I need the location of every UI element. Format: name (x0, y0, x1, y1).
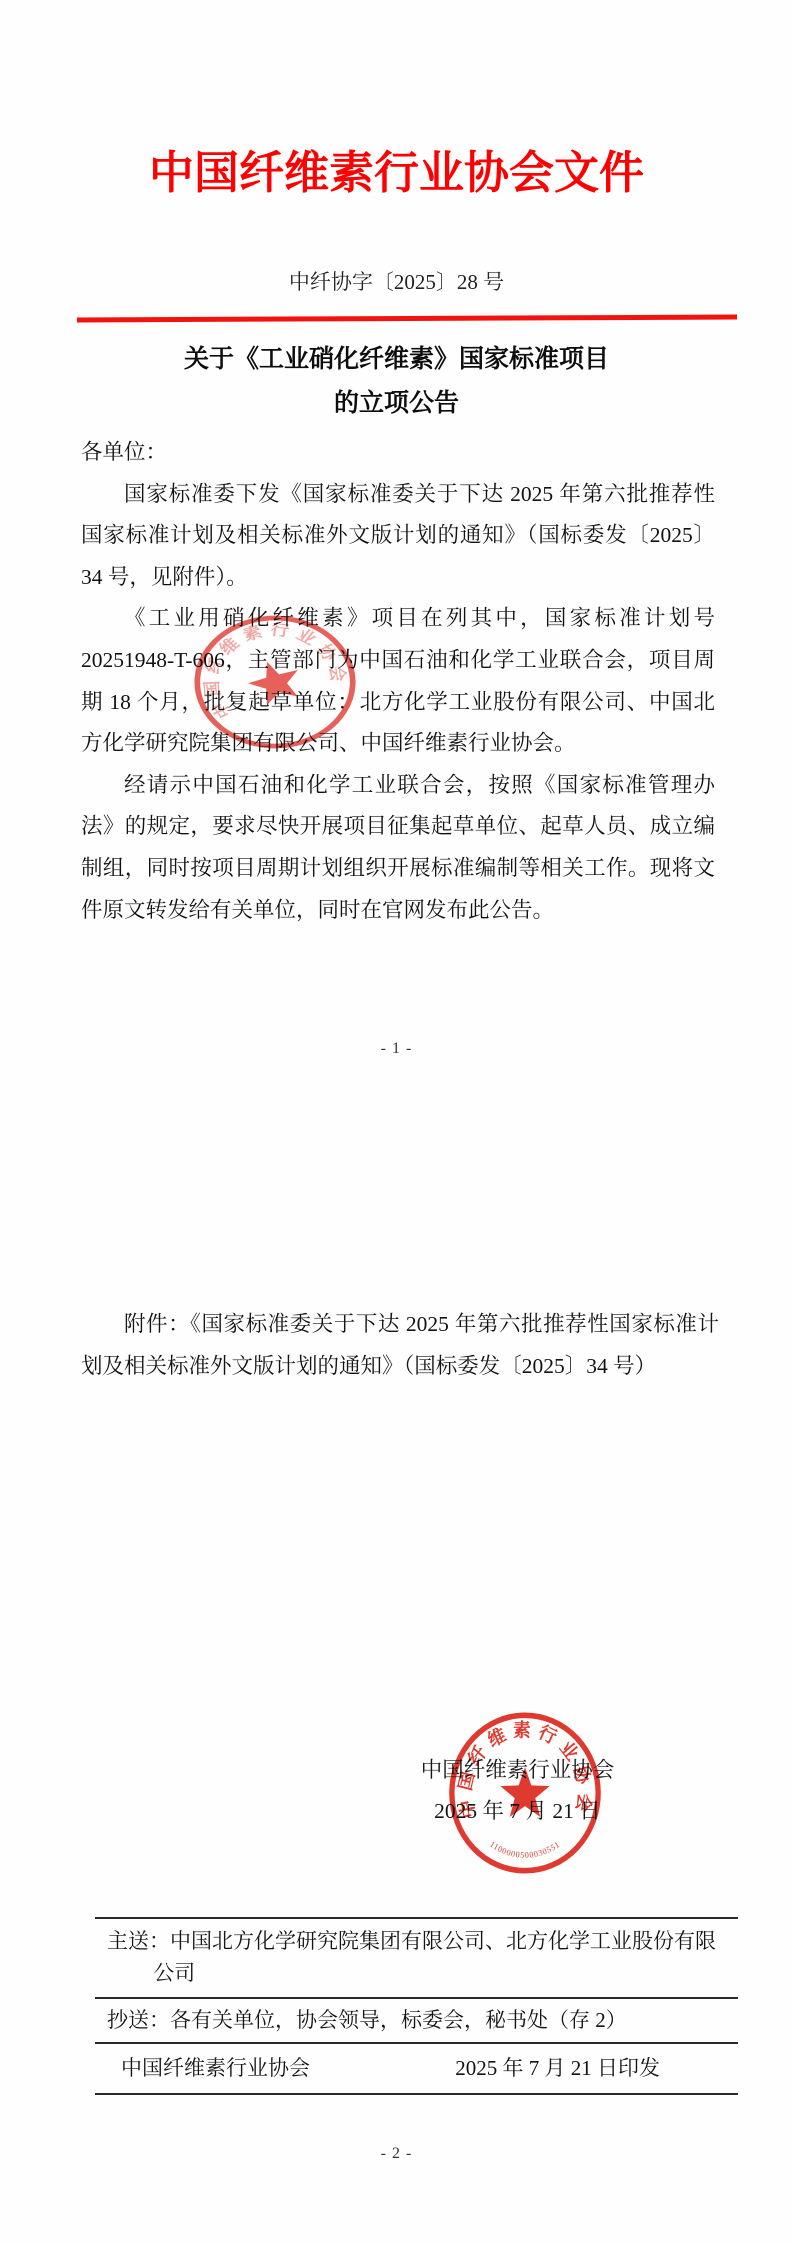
body-paragraph-2: 《工业用硝化纤维素》项目在列其中，国家标准计划号 20251948-T-606，… (81, 598, 715, 764)
document-body: 各单位： 国家标准委下发《国家标准委关于下达 2025 年第六批推荐性国家标准计… (81, 432, 715, 931)
body-paragraph-3: 经请示中国石油和化学工业联合会，按照《国家标准管理办法》的规定，要求尽快开展项目… (81, 765, 715, 931)
footer-issuer-row: 中国纤维素行业协会 2025 年 7 月 21 日印发 (95, 2044, 738, 2095)
footer-copy-send-label: 抄送： (107, 2008, 170, 2032)
association-seal-stamp-body: 中国纤维素行业协会 (190, 612, 360, 752)
footer-routing-table: 主送：中国北方化学研究院集团有限公司、北方化学工业股份有限公司 抄送：各有关单位… (95, 1917, 738, 2095)
seal-curved-text: 中国纤维素行业协会 (190, 612, 355, 723)
footer-copy-send-value: 各有关单位，协会领导，标委会，秘书处（存 2） (170, 2008, 627, 2032)
document-number: 中纤协字〔2025〕28 号 (0, 266, 793, 296)
footer-main-send-value: 中国北方化学研究院集团有限公司、北方化学工业股份有限公司 (153, 1929, 716, 1985)
seal-star-icon (500, 1767, 549, 1817)
document-header-title: 中国纤维素行业协会文件 (0, 136, 793, 201)
footer-main-send-label: 主送： (107, 1929, 170, 1953)
salutation: 各单位： (81, 432, 715, 474)
footer-main-send-row: 主送：中国北方化学研究院集团有限公司、北方化学工业股份有限公司 (95, 1917, 738, 1999)
seal-code-text: 1100000500030551 (488, 1840, 561, 1860)
attachment-note: 附件：《国家标准委关于下达 2025 年第六批推荐性国家标准计划及相关标准外文版… (81, 1303, 719, 1387)
seal-star-icon (242, 655, 307, 707)
document-page: 中国纤维素行业协会文件 中纤协字〔2025〕28 号 关于《工业硝化纤维素》国家… (0, 0, 793, 2244)
footer-issuer: 中国纤维素行业协会 (121, 2044, 310, 2093)
svg-text:中国纤维素行业协会: 中国纤维素行业协会 (190, 612, 355, 723)
document-title-line1: 关于《工业硝化纤维素》国家标准项目 (0, 338, 793, 382)
footer-main-send: 主送：中国北方化学研究院集团有限公司、北方化学工业股份有限公司 (107, 1925, 732, 1989)
association-seal-stamp-signature: 中国纤维素行业协会 1100000500030551 (445, 1708, 605, 1878)
page-number-2: - 2 - (0, 2145, 793, 2163)
page-number-1: - 1 - (0, 1040, 793, 1058)
footer-print-date: 2025 年 7 月 21 日印发 (455, 2044, 660, 2093)
document-title: 关于《工业硝化纤维素》国家标准项目 的立项公告 (0, 338, 793, 426)
svg-text:1100000500030551: 1100000500030551 (488, 1840, 561, 1860)
document-title-line2: 的立项公告 (0, 382, 793, 426)
red-header-divider (77, 315, 737, 323)
footer-copy-send-row: 抄送：各有关单位，协会领导，标委会，秘书处（存 2） (95, 1999, 738, 2044)
body-paragraph-1: 国家标准委下发《国家标准委关于下达 2025 年第六批推荐性国家标准计划及相关标… (81, 474, 715, 599)
